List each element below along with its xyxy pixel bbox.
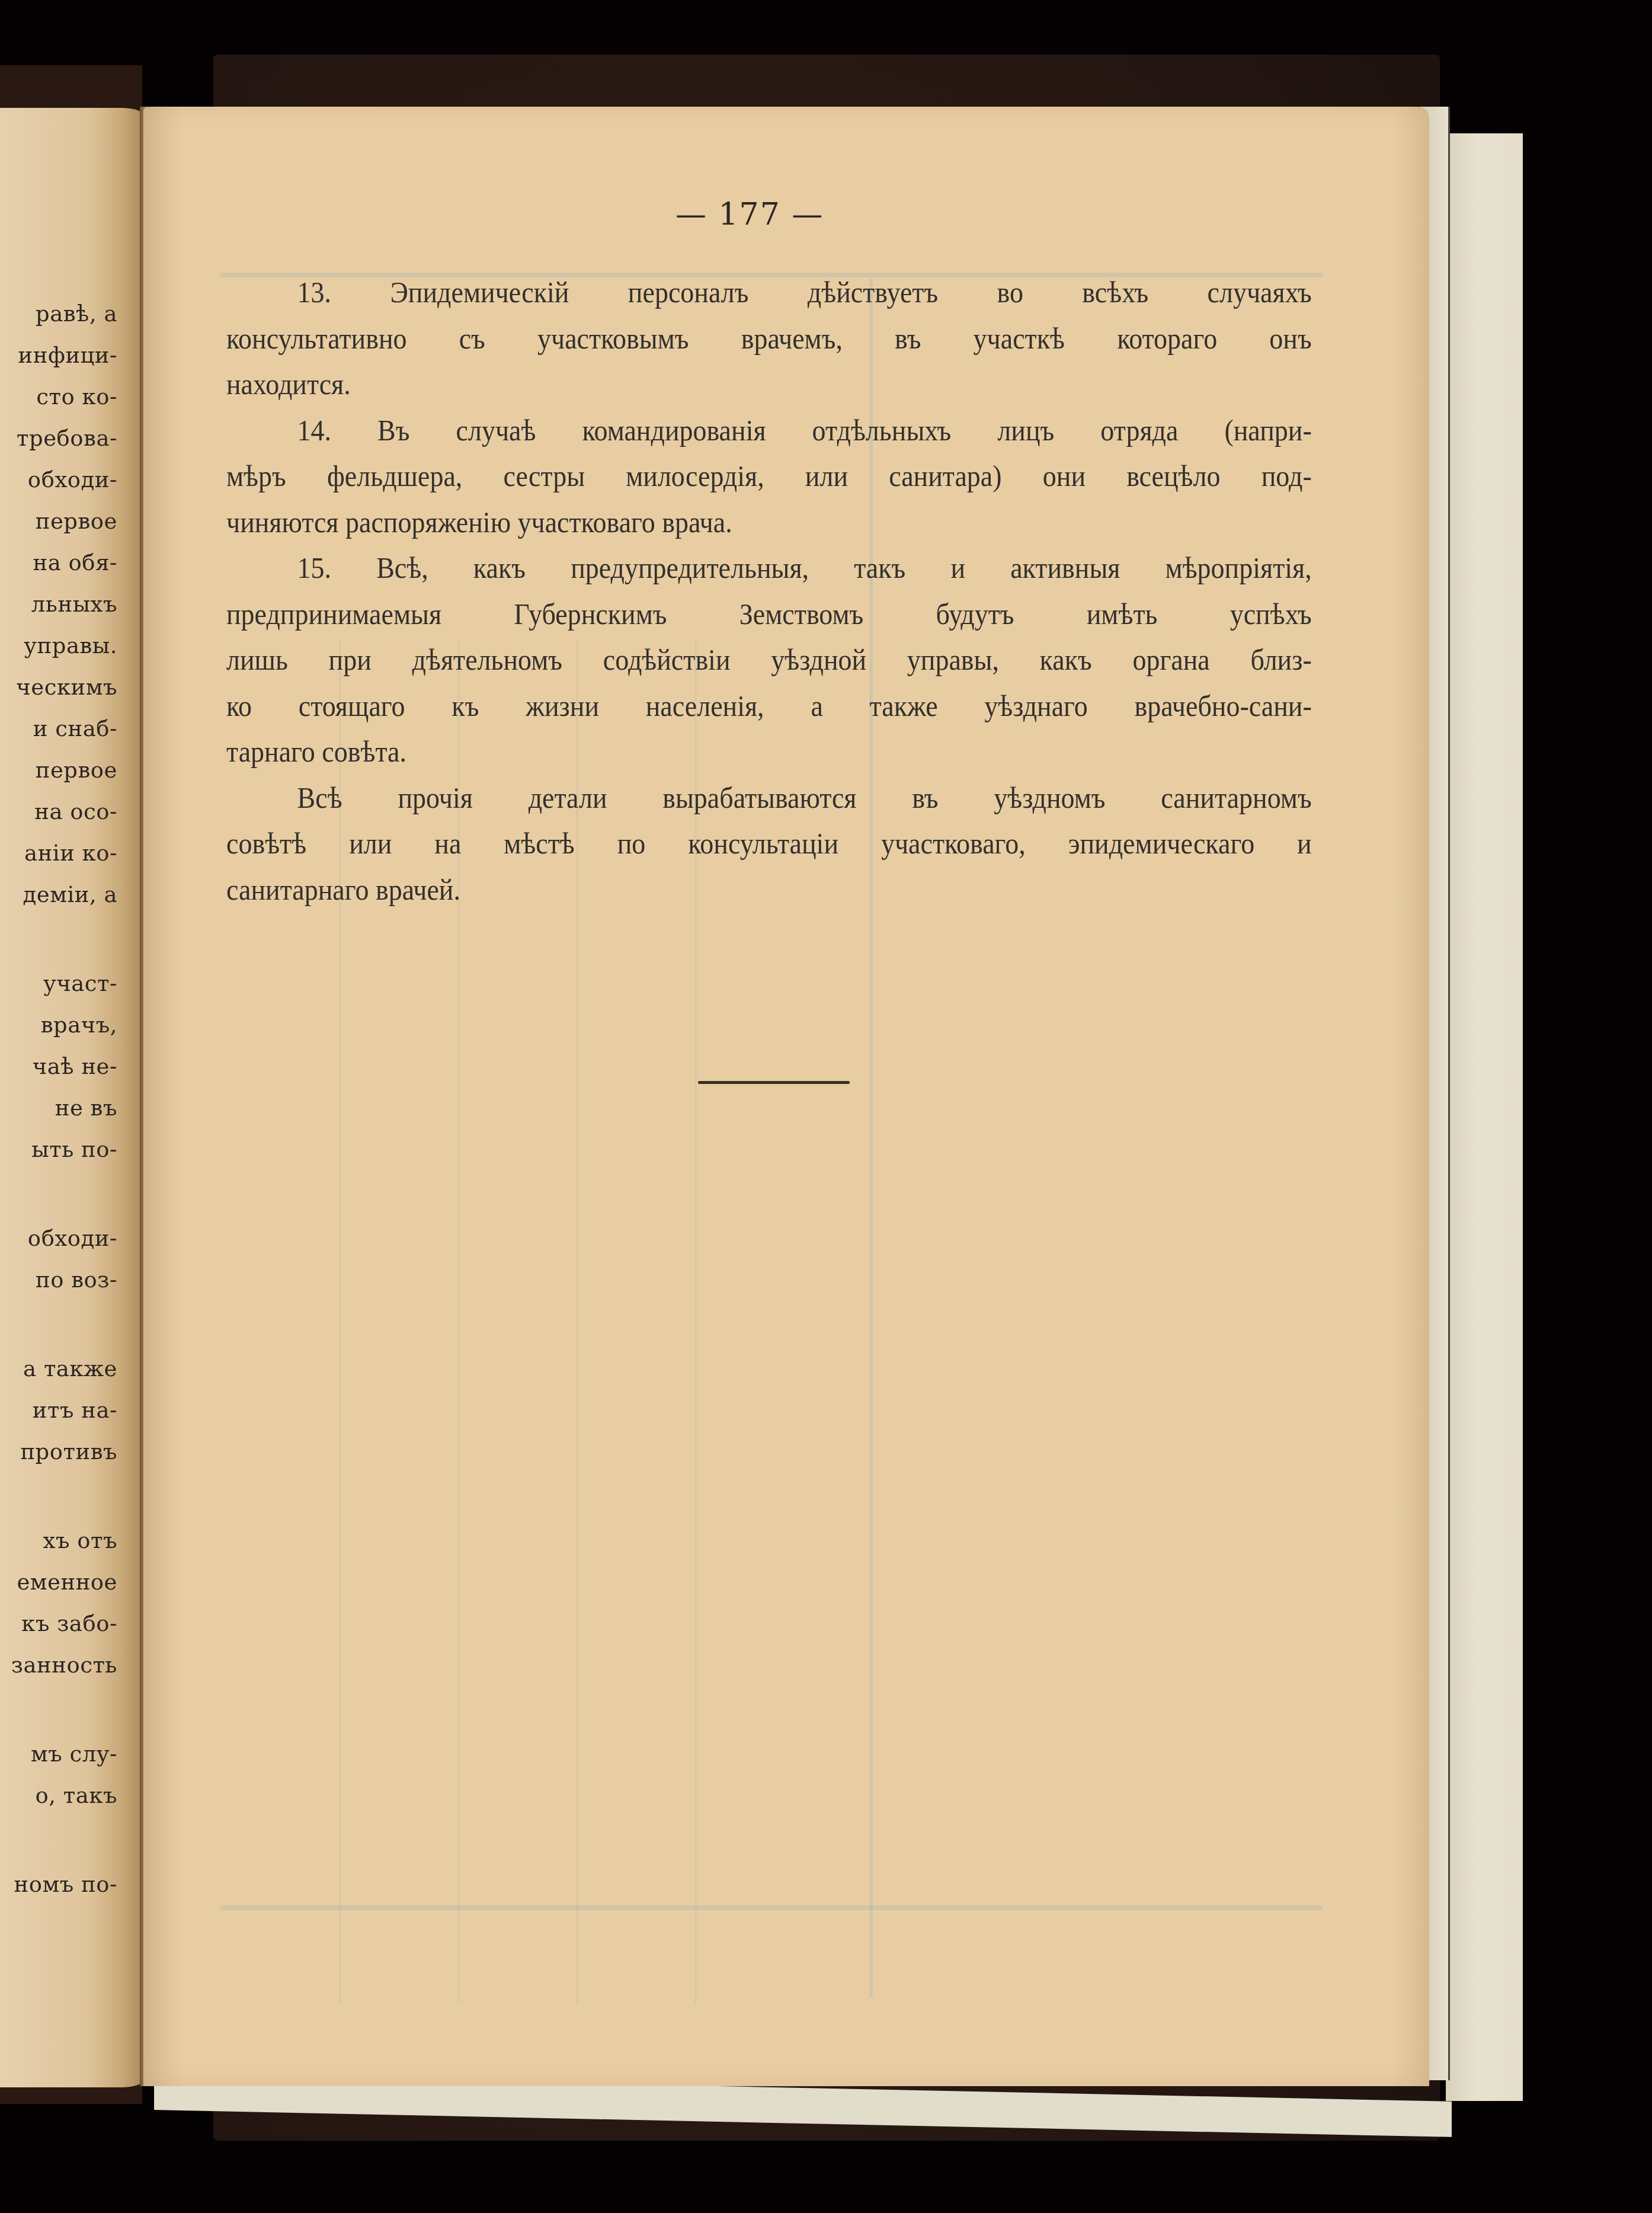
left-page-line: итъ на- [33,1397,117,1423]
left-page-line: мъ слу- [31,1741,117,1767]
text-line: 15. Всѣ, какъ предупредительныя, такъ и … [226,545,1312,591]
text-line: мѣръ фельдшера, сестры милосердія, или с… [226,453,1312,500]
text-line: консультативно съ участковымъ врачемъ, в… [226,316,1312,362]
left-page-line: противъ [20,1439,117,1464]
left-page-line: льныхъ [31,591,117,617]
text-line: предпринимаемыя Губернскимъ Земствомъ бу… [226,591,1312,638]
text-line: совѣтѣ или на мѣстѣ по консультаціи учас… [226,821,1312,867]
paragraph-15: 15. Всѣ, какъ предупредительныя, такъ и … [226,545,1312,775]
left-page-line: обходи- [28,1226,117,1251]
left-page-line: врачъ, [41,1012,117,1038]
text-line: находится. [226,362,1312,408]
book-scan: равѣ, аинфици-сто ко-требова-обходи-перв… [0,0,1652,2213]
left-page-line: и снаб- [33,716,117,741]
text-line: 14. Въ случаѣ командированія отдѣльныхъ … [226,408,1312,454]
left-page-line: а также [23,1356,117,1381]
left-page-line: номъ по- [14,1872,117,1897]
end-of-section-rule [698,1081,850,1084]
left-page-line: ыть по- [31,1137,117,1162]
text-line: ко стоящаго къ жизни населенія, а также … [226,683,1312,730]
paragraph-14: 14. Въ случаѣ командированія отдѣльныхъ … [226,408,1312,546]
text-line: тарнаго совѣта. [226,729,1312,775]
left-page-line: на обя- [33,550,117,575]
left-page-line: чаѣ не- [33,1054,117,1079]
left-page-line: аніи ко- [24,840,117,866]
left-page-line: ческимъ [16,674,117,700]
left-page-line: по воз- [36,1267,117,1293]
left-page-fragment: равѣ, аинфици-сто ко-требова-обходи-перв… [0,108,145,2087]
left-page-line: инфици- [18,343,117,368]
body-text: 13. Эпидемическій персоналъ дѣйствуетъ в… [226,270,1225,913]
text-line: 13. Эпидемическій персоналъ дѣйствуетъ в… [226,270,1312,316]
left-page-line: сто ко- [36,384,117,410]
left-page-line: еменное [17,1569,117,1595]
left-page-line: деміи, а [23,882,117,907]
left-page-line: требова- [17,426,117,451]
left-page-line: управы. [24,633,117,658]
left-page-line: о, такъ [36,1783,118,1808]
book-leaf-back [1446,133,1523,2101]
page-number: — 177 — [675,197,824,232]
left-page-line: обходи- [28,467,117,493]
paragraph-13: 13. Эпидемическій персоналъ дѣйствуетъ в… [226,270,1312,408]
left-page-line: занность [11,1652,117,1678]
bleed-through-rule [220,1905,1323,1910]
text-line: Всѣ прочія детали вырабатываются въ уѣзд… [226,775,1312,821]
left-page-line: къ забо- [21,1611,117,1636]
left-page-line: первое [36,509,117,534]
left-page-line: равѣ, а [36,301,117,327]
left-page-line: первое [36,757,117,783]
left-page-line: не въ [55,1095,117,1121]
left-page-line: хъ отъ [43,1528,117,1553]
text-line: чиняются распоряженію участковаго врача. [226,500,1312,546]
paragraph-closing: Всѣ прочія детали вырабатываются въ уѣзд… [226,775,1312,913]
left-page-line: участ- [43,971,117,996]
text-line: санитарнаго врачей. [226,867,1312,913]
text-line: лишь при дѣятельномъ содѣйствіи уѣздной … [226,637,1312,683]
left-page-line: на осо- [34,799,117,824]
